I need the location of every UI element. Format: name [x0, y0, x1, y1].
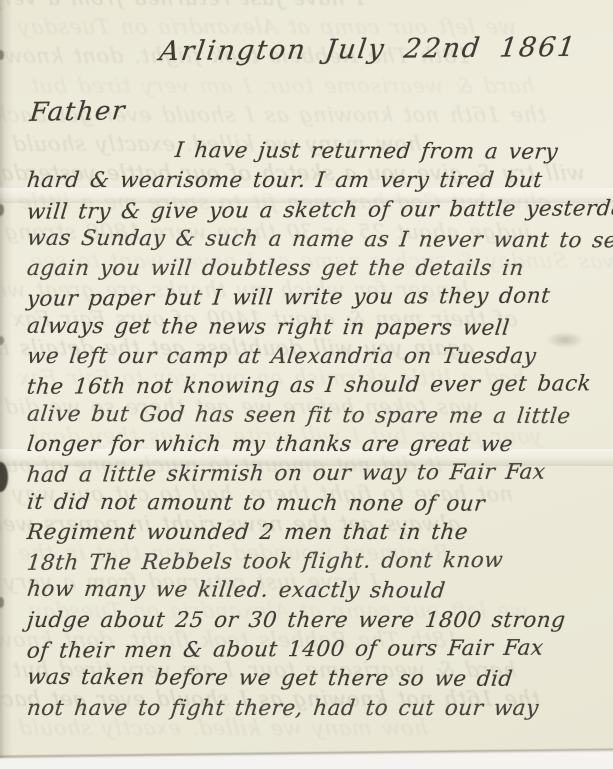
salutation: Father	[28, 96, 127, 128]
letter-line: how many we killed. exactly should	[26, 575, 611, 607]
letter-line: always get the news right in papers well	[26, 312, 611, 344]
bleed-through-line: I have just returned from a very	[0, 0, 364, 13]
letter-line: 18th The Rebbels took flight. dont know	[25, 545, 610, 578]
letter-line: I have just returned from a very	[173, 136, 610, 167]
letter-line: the 16th not knowing as I should ever ge…	[25, 370, 610, 403]
date-line: Arlington July 22nd 1861	[158, 32, 579, 67]
letter-line: again you will doubtless get the details…	[25, 254, 610, 283]
letter-line: alive but God has seen fit to spare me a…	[26, 399, 611, 431]
letter-line: of their men & about 1400 of ours Fair F…	[25, 633, 610, 666]
letter-scan: I have just returned from a verywe left …	[0, 0, 613, 769]
letter-line: will try & give you a sketch of our batt…	[25, 194, 610, 227]
letter-paper: I have just returned from a verywe left …	[0, 0, 613, 762]
letter-line: hard & wearisome tour. I am very tired b…	[25, 166, 610, 195]
letter-line: Regiment wounded 2 men that in the	[25, 518, 610, 547]
letter-line: it did not amount to much none of our	[26, 487, 611, 519]
letter-line: judge about 25 or 30 there were 1800 str…	[25, 606, 610, 635]
letter-body: I have just returned from a veryhard & w…	[27, 137, 609, 723]
letter-line: was Sunday & such a name as I never want…	[26, 224, 611, 256]
letter-line: longer for which my thanks are great we	[25, 430, 610, 459]
letter-line: your paper but I will write you as they …	[25, 282, 610, 315]
letter-line: we left our camp at Alexandria on Tuesda…	[25, 342, 610, 371]
letter-line: had a little skirmish on our way to Fair…	[25, 457, 610, 490]
letter-line: not have to fight there, had to cut our …	[25, 694, 610, 723]
letter-line: was taken before we get there so we did	[26, 663, 611, 695]
